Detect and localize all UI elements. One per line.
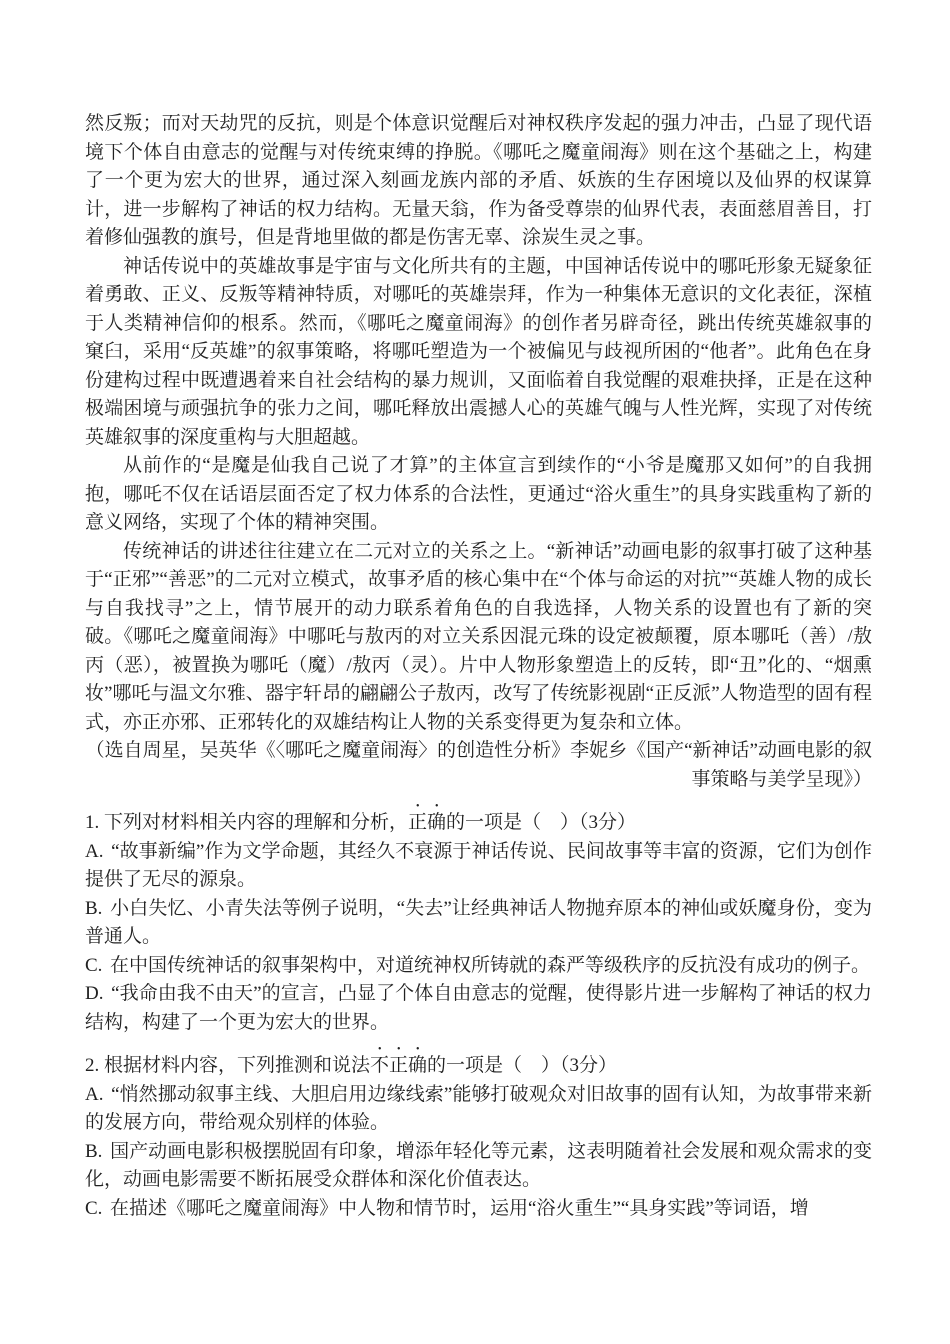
- question-1-stem-prefix: 1. 下列对材料相关内容的理解和分析，: [85, 812, 408, 833]
- passage-paragraph-3: 从前作的“是魔是仙我自己说了才算”的主体宣言到续作的“小爷是魔那又如何”的自我拥…: [85, 452, 872, 538]
- question-2-option-b: B.国产动画电影积极摆脱固有印象，增添年轻化等元素，这表明随着社会发展和观众需求…: [85, 1138, 872, 1195]
- source-attribution: （选自周星，吴英华《〈哪吒之魔童闹海〉的创造性分析》李妮乡《国产“新神话”动画电…: [85, 737, 872, 794]
- option-label: C.: [85, 1198, 102, 1219]
- question-1-option-d: D.“我命由我不由天”的宣言，凸显了个体自由意志的觉醒，使得影片进一步解构了神话…: [85, 980, 872, 1037]
- option-text: 在描述《哪吒之魔童闹海》中人物和情节时，运用“浴火重生”“具身实践”等词语，增: [110, 1198, 809, 1219]
- question-2-stem-prefix: 2. 根据材料内容，下列推测和说法: [85, 1055, 370, 1076]
- question-1-stem-emphasis: 正确: [408, 812, 446, 833]
- option-label: B.: [85, 898, 102, 919]
- question-2-stem-emphasis: 不正确: [370, 1055, 427, 1076]
- option-text: “我命由我不由天”的宣言，凸显了个体自由意志的觉醒，使得影片进一步解构了神话的权…: [85, 983, 872, 1033]
- option-label: B.: [85, 1141, 102, 1162]
- passage-paragraph-2: 神话传说中的英雄故事是宇宙与文化所共有的主题，中国神话传说中的哪吒形象无疑象征着…: [85, 253, 872, 453]
- reading-passage: 然反叛；而对天劫咒的反抗，则是个体意识觉醒后对神权秩序发起的强力冲击，凸显了现代…: [85, 110, 872, 794]
- passage-paragraph-1: 然反叛；而对天劫咒的反抗，则是个体意识觉醒后对神权秩序发起的强力冲击，凸显了现代…: [85, 110, 872, 253]
- option-label: D.: [85, 983, 103, 1004]
- question-1-option-c: C.在中国传统神话的叙事架构中，对道统神权所铸就的森严等级秩序的反抗没有成功的例…: [85, 952, 872, 981]
- option-label: C.: [85, 955, 102, 976]
- question-1-option-a: A.“故事新编”作为文学命题，其经久不衰源于神话传说、民间故事等丰富的资源，它们…: [85, 838, 872, 895]
- question-2-stem: 2. 根据材料内容，下列推测和说法不正确的一项是（ ）（3分）: [85, 1044, 872, 1081]
- option-text: 国产动画电影积极摆脱固有印象，增添年轻化等元素，这表明随着社会发展和观众需求的变…: [85, 1141, 872, 1191]
- question-1-stem: 1. 下列对材料相关内容的理解和分析，正确的一项是（ ）（3分）: [85, 801, 872, 838]
- option-text: “故事新编”作为文学命题，其经久不衰源于神话传说、民间故事等丰富的资源，它们为创…: [85, 841, 872, 891]
- question-1-option-b: B.小白失忆、小青失法等例子说明，“失去”让经典神话人物抛弃原本的神仙或妖魔身份…: [85, 895, 872, 952]
- question-2-option-c: C.在描述《哪吒之魔童闹海》中人物和情节时，运用“浴火重生”“具身实践”等词语，…: [85, 1195, 872, 1224]
- exam-page: 然反叛；而对天劫咒的反抗，则是个体意识觉醒后对神权秩序发起的强力冲击，凸显了现代…: [0, 0, 950, 1344]
- question-2-stem-suffix: 的一项是（ ）（3分）: [427, 1055, 617, 1076]
- question-2-option-a: A.“悄然挪动叙事主线、大胆启用边缘线索”能够打破观众对旧故事的固有认知，为故事…: [85, 1081, 872, 1138]
- passage-paragraph-4: 传统神话的讲述往往建立在二元对立的关系之上。“新神话”动画电影的叙事打破了这种基…: [85, 538, 872, 738]
- option-label: A.: [85, 1084, 103, 1105]
- option-text: 小白失忆、小青失法等例子说明，“失去”让经典神话人物抛弃原本的神仙或妖魔身份，变…: [85, 898, 872, 948]
- question-1: 1. 下列对材料相关内容的理解和分析，正确的一项是（ ）（3分） A.“故事新编…: [85, 801, 872, 1037]
- option-label: A.: [85, 841, 103, 862]
- question-1-stem-suffix: 的一项是（ ）（3分）: [446, 812, 636, 833]
- option-text: “悄然挪动叙事主线、大胆启用边缘线索”能够打破观众对旧故事的固有认知，为故事带来…: [85, 1084, 872, 1134]
- option-text: 在中国传统神话的叙事架构中，对道统神权所铸就的森严等级秩序的反抗没有成功的例子。: [110, 955, 870, 976]
- question-2: 2. 根据材料内容，下列推测和说法不正确的一项是（ ）（3分） A.“悄然挪动叙…: [85, 1044, 872, 1223]
